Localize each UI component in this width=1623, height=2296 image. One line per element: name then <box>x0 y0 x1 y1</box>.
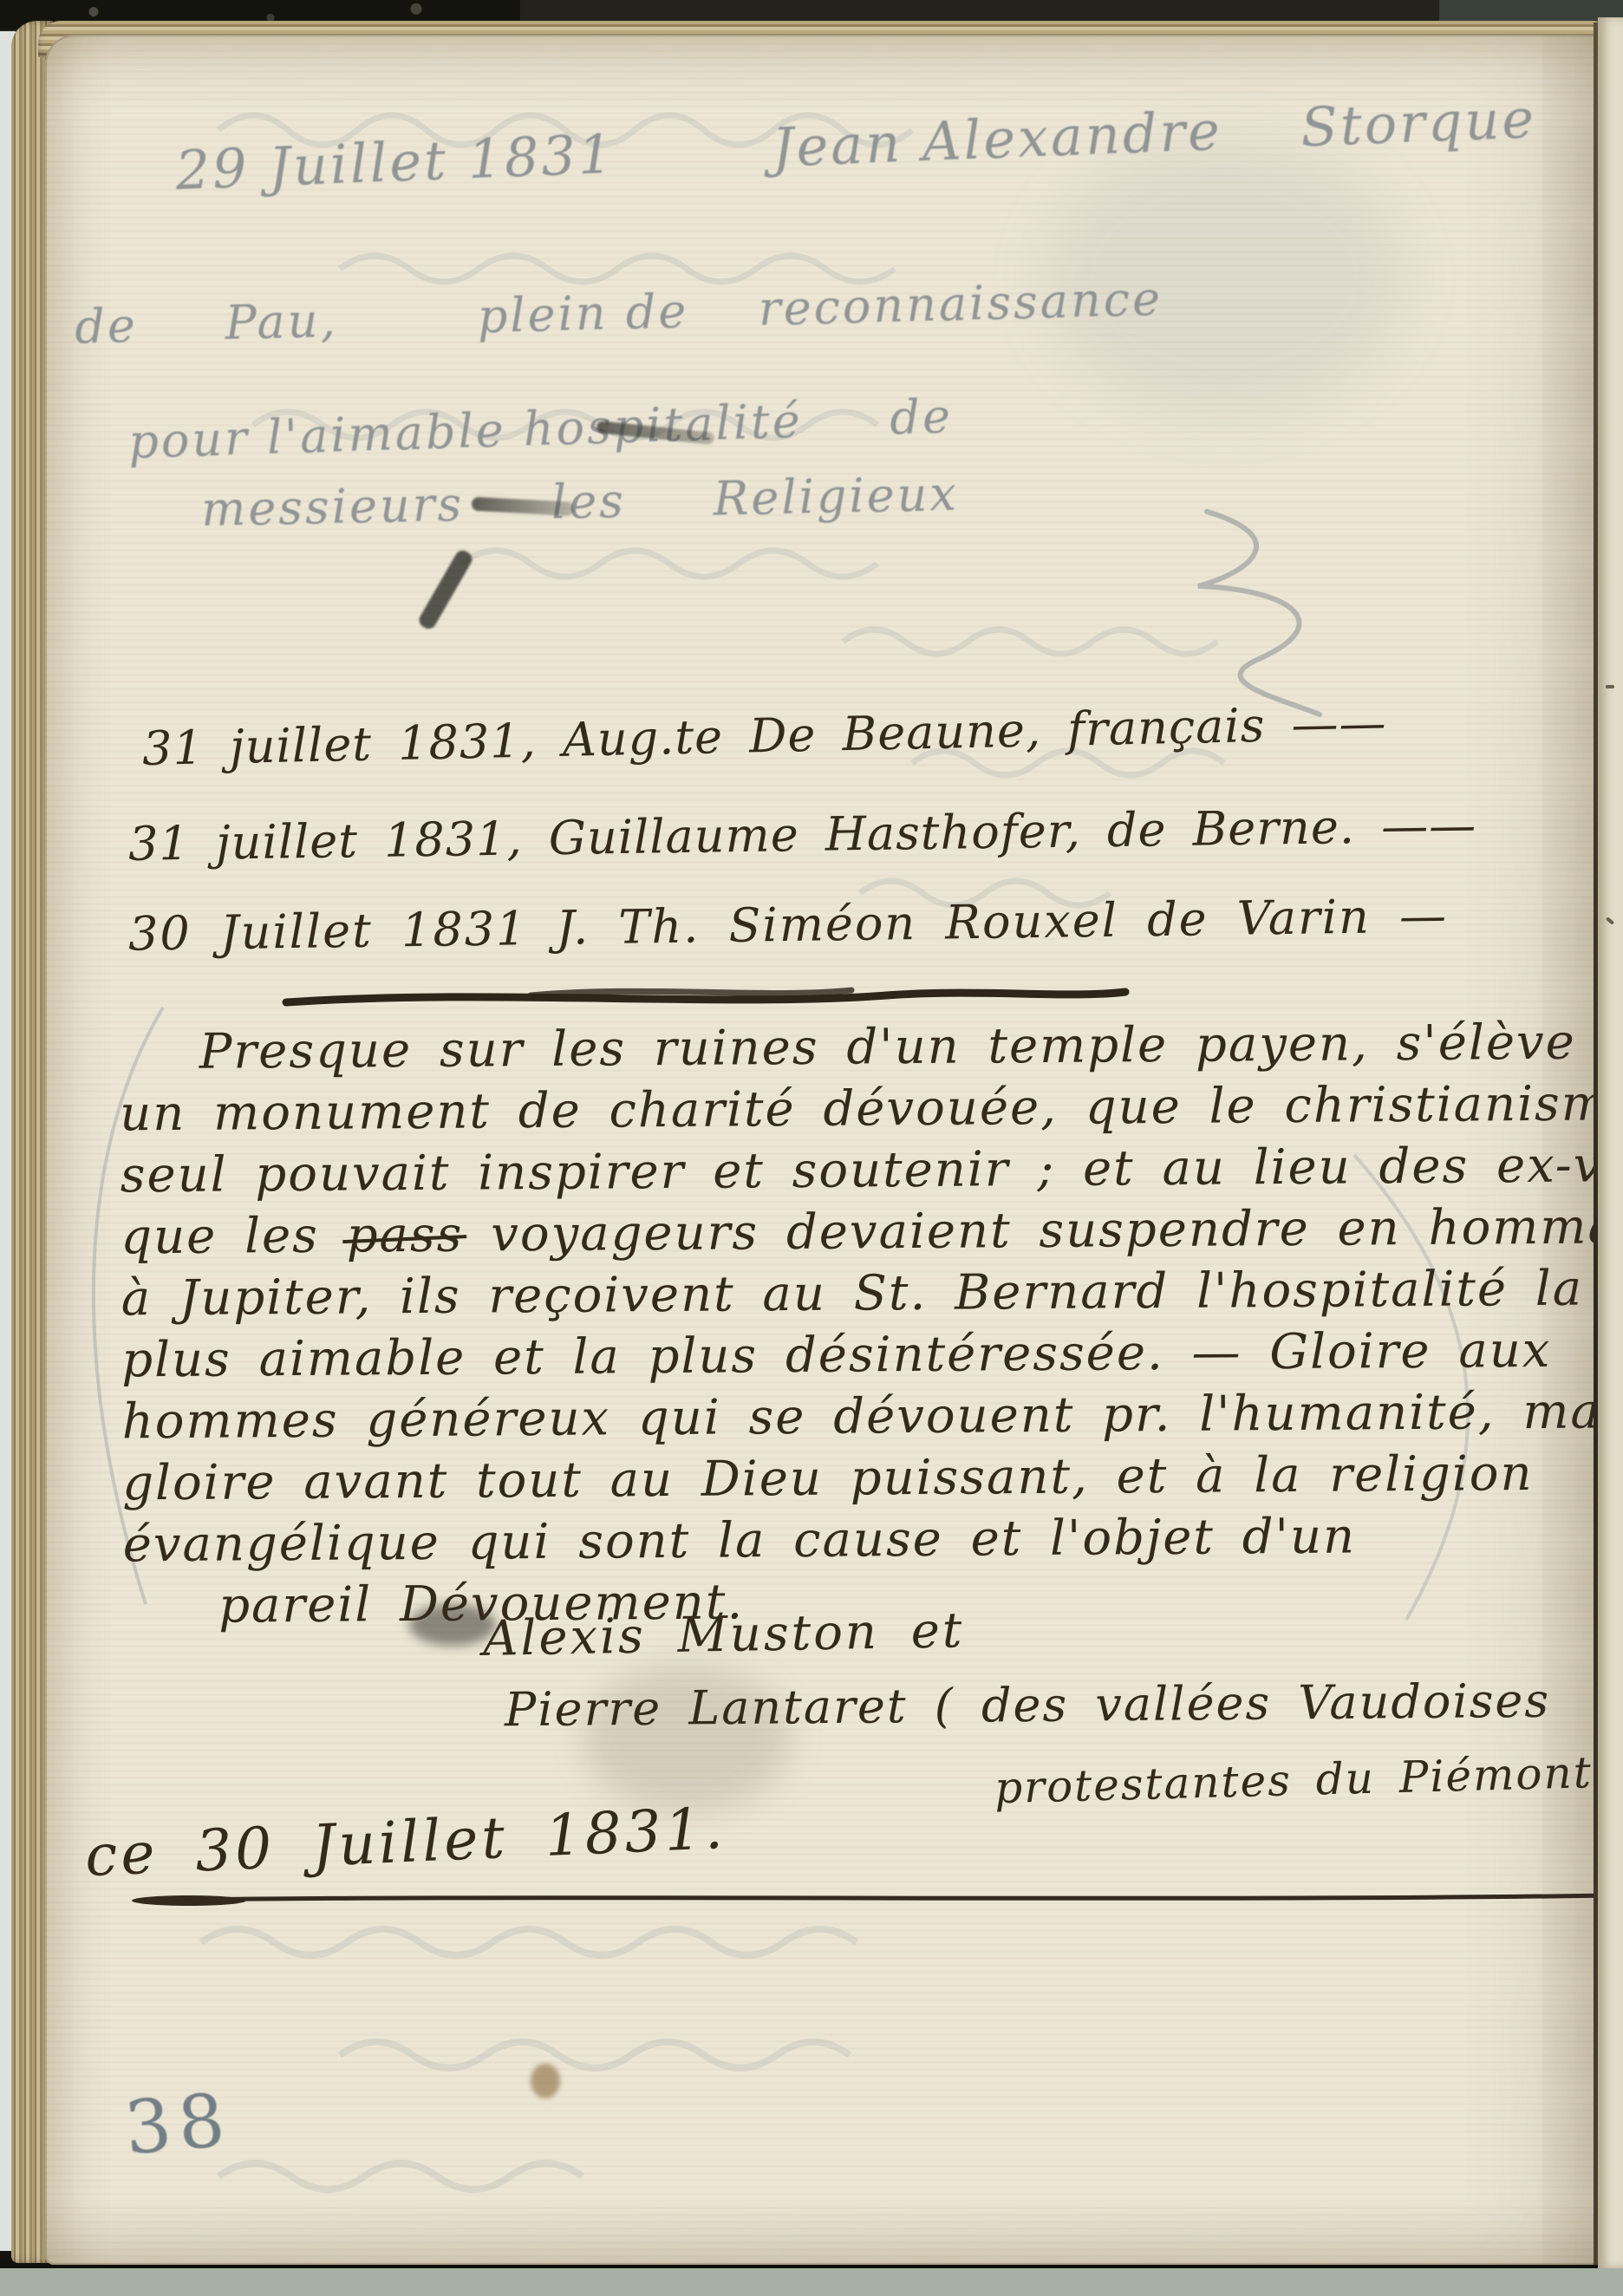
folio-number: 38 <box>122 2084 235 2165</box>
book-photo: 29 Juillet 1831 Jean Alexandre Storque d… <box>0 0 1623 2296</box>
manuscript-page: 29 Juillet 1831 Jean Alexandre Storque d… <box>45 35 1602 2265</box>
facing-page-sliver <box>1598 17 1623 2268</box>
journal-paragraph-line: évangélique qui sont la cause et l'objet… <box>123 1510 1602 1583</box>
ink-stain <box>531 2064 560 2098</box>
dateline-rule <box>128 1888 1602 1911</box>
struck-word: pass <box>346 1207 463 1264</box>
pencil-flourish <box>1155 503 1415 728</box>
signature-line-2: Pierre Lantaret ( des vallées Vaudoises <box>505 1678 1551 1734</box>
desk-surface <box>0 2268 1623 2296</box>
line-fragment: que les <box>121 1208 319 1266</box>
cover-top-right <box>1439 0 1623 23</box>
facing-page-ink-trace <box>1606 685 1614 688</box>
divider-stroke <box>279 973 1137 1025</box>
journal-paragraph: Presque sur les ruines d'un temple payen… <box>120 1018 1602 1645</box>
signature-line-1: Alexis Muston et <box>483 1607 965 1664</box>
journal-paragraph-line: gloire avant tout au Dieu puissant, et à… <box>122 1449 1602 1522</box>
line-fragment: voyageurs devaient suspendre en hommage <box>491 1198 1602 1263</box>
signature-line-3: protestantes du Piémont, <box>994 1751 1602 1810</box>
bleedthrough-mark <box>149 1864 1467 2246</box>
